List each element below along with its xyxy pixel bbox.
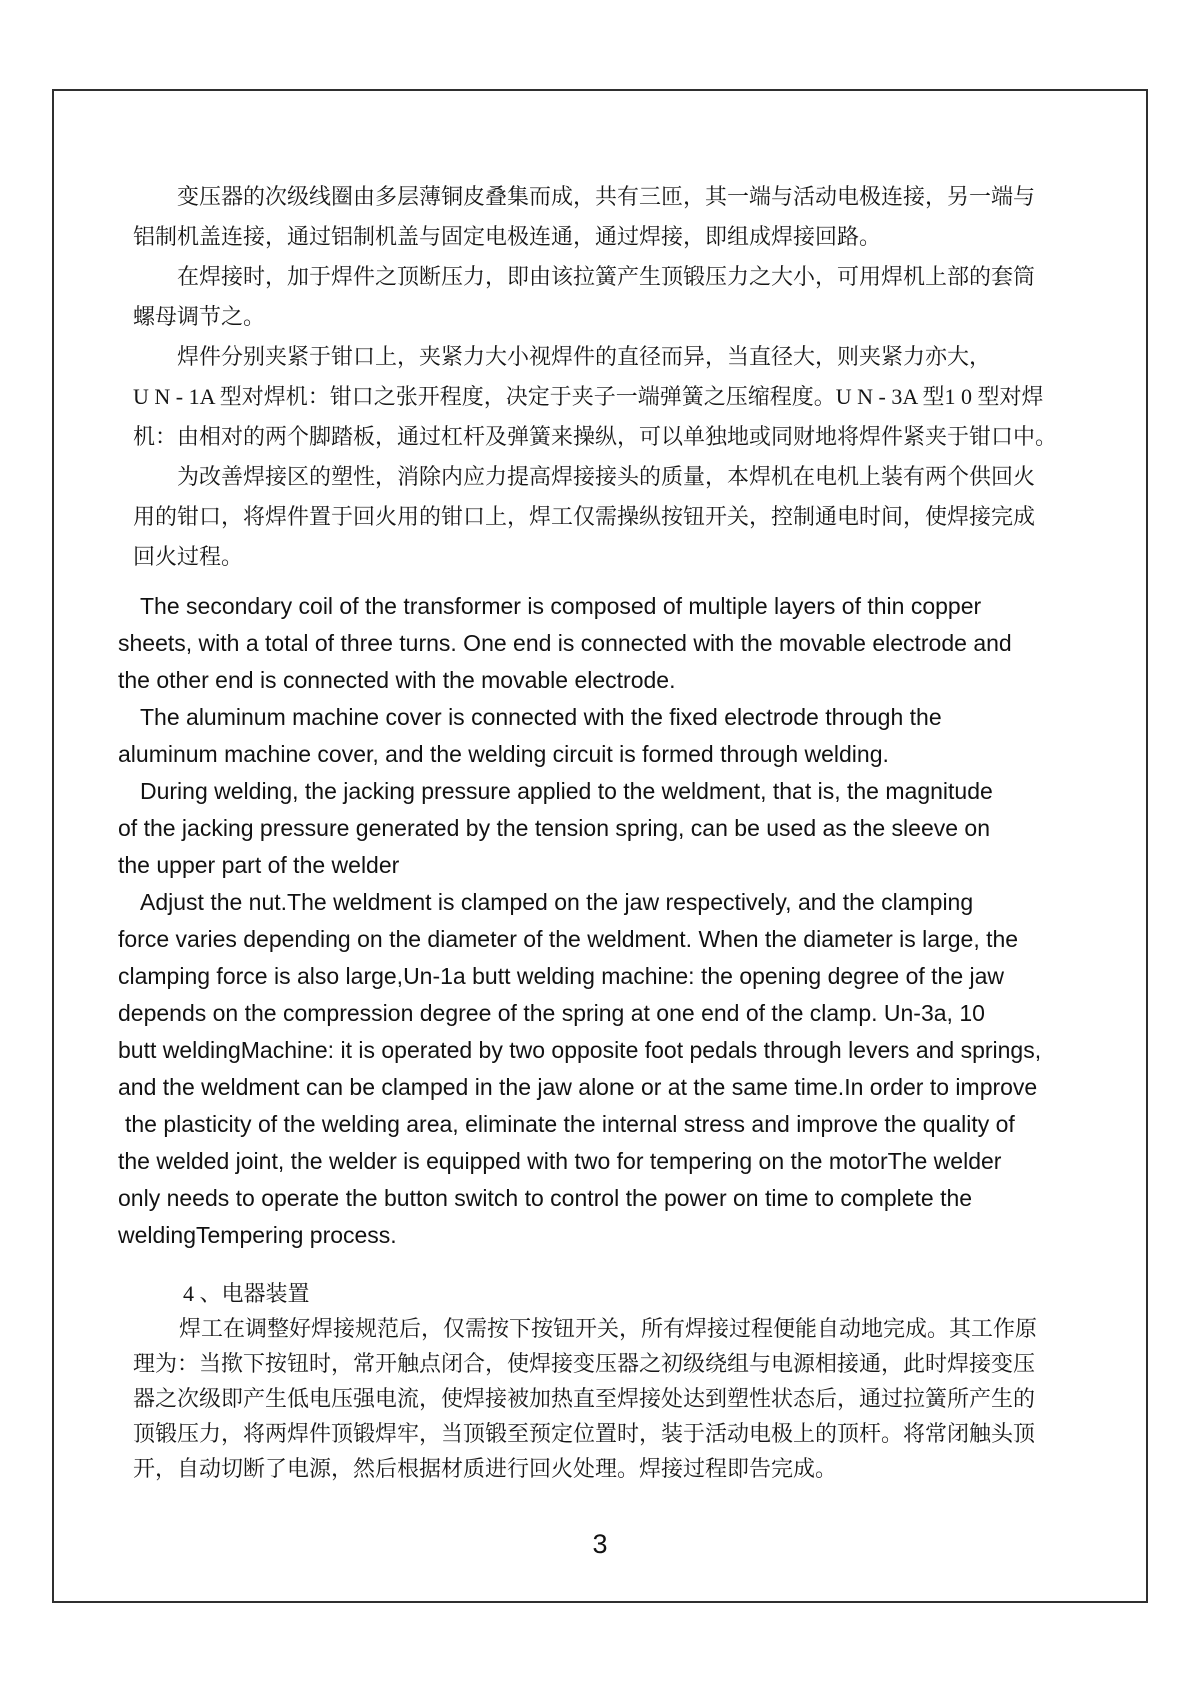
- cn-bottom-line: 器之次级即产生低电压强电流，使焊接被加热直至焊接处达到塑性状态后，通过拉簧所产生…: [133, 1381, 1083, 1416]
- cn-top-line: U N - 1A 型对焊机：钳口之张开程度，决定于夹子一端弹簧之压缩程度。U N…: [133, 377, 1083, 417]
- en-line: The aluminum machine cover is connected …: [118, 699, 1078, 736]
- en-line: of the jacking pressure generated by the…: [118, 810, 1078, 847]
- cn-bottom-line: 焊工在调整好焊接规范后，仅需按下按钮开关，所有焊接过程便能自动地完成。其工作原: [133, 1311, 1083, 1346]
- cn-top-line: 在焊接时，加于焊件之顶断压力，即由该拉簧产生顶锻压力之大小，可用焊机上部的套筒: [133, 257, 1083, 297]
- en-line: the other end is connected with the mova…: [118, 662, 1078, 699]
- en-line: weldingTempering process.: [118, 1217, 1078, 1254]
- english-translation-section: The secondary coil of the transformer is…: [118, 588, 1078, 1254]
- cn-top-line: 用的钳口，将焊件置于回火用的钳口上，焊工仅需操纵按钮开关，控制通电时间，使焊接完…: [133, 497, 1083, 537]
- en-line: aluminum machine cover, and the welding …: [118, 736, 1078, 773]
- page-number: 3: [52, 1528, 1148, 1560]
- cn-bottom-heading: 4 、电器装置: [133, 1276, 1083, 1311]
- en-line: force varies depending on the diameter o…: [118, 921, 1078, 958]
- en-line: the welded joint, the welder is equipped…: [118, 1143, 1078, 1180]
- en-line: Adjust the nut.The weldment is clamped o…: [118, 884, 1078, 921]
- en-line: the plasticity of the welding area, elim…: [118, 1106, 1078, 1143]
- en-line: depends on the compression degree of the…: [118, 995, 1078, 1032]
- cn-top-line: 为改善焊接区的塑性，消除内应力提高焊接接头的质量，本焊机在电机上装有两个供回火: [133, 457, 1083, 497]
- chinese-section-bottom: 4 、电器装置 焊工在调整好焊接规范后，仅需按下按钮开关，所有焊接过程便能自动地…: [133, 1276, 1083, 1486]
- cn-top-line: 回火过程。: [133, 537, 1083, 577]
- en-line: sheets, with a total of three turns. One…: [118, 625, 1078, 662]
- cn-top-line: 变压器的次级线圈由多层薄铜皮叠集而成，共有三匝，其一端与活动电极连接，另一端与: [133, 177, 1083, 217]
- en-line: The secondary coil of the transformer is…: [118, 588, 1078, 625]
- cn-top-line: 螺母调节之。: [133, 297, 1083, 337]
- en-line: During welding, the jacking pressure app…: [118, 773, 1078, 810]
- cn-top-line: 机：由相对的两个脚踏板，通过杠杆及弹簧来操纵，可以单独地或同财地将焊件紧夹于钳口…: [133, 417, 1083, 457]
- cn-bottom-line: 理为：当揿下按钮时，常开触点闭合，使焊接变压器之初级绕组与电源相接通，此时焊接变…: [133, 1346, 1083, 1381]
- cn-top-line: 铝制机盖连接，通过铝制机盖与固定电极连通，通过焊接，即组成焊接回路。: [133, 217, 1083, 257]
- cn-bottom-line: 开，自动切断了电源，然后根据材质进行回火处理。焊接过程即告完成。: [133, 1451, 1083, 1486]
- cn-bottom-line: 顶锻压力，将两焊件顶锻焊牢，当顶锻至预定位置时，装于活动电极上的顶杆。将常闭触头…: [133, 1416, 1083, 1451]
- en-line: clamping force is also large,Un-1a butt …: [118, 958, 1078, 995]
- chinese-section-top: 变压器的次级线圈由多层薄铜皮叠集而成，共有三匝，其一端与活动电极连接，另一端与 …: [133, 177, 1083, 577]
- cn-top-line: 焊件分别夹紧于钳口上，夹紧力大小视焊件的直径而异，当直径大，则夹紧力亦大，: [133, 337, 1083, 377]
- document-page: 变压器的次级线圈由多层薄铜皮叠集而成，共有三匝，其一端与活动电极连接，另一端与 …: [0, 0, 1200, 1697]
- en-line: the upper part of the welder: [118, 847, 1078, 884]
- en-line: and the weldment can be clamped in the j…: [118, 1069, 1078, 1106]
- en-line: only needs to operate the button switch …: [118, 1180, 1078, 1217]
- en-line: butt weldingMachine: it is operated by t…: [118, 1032, 1078, 1069]
